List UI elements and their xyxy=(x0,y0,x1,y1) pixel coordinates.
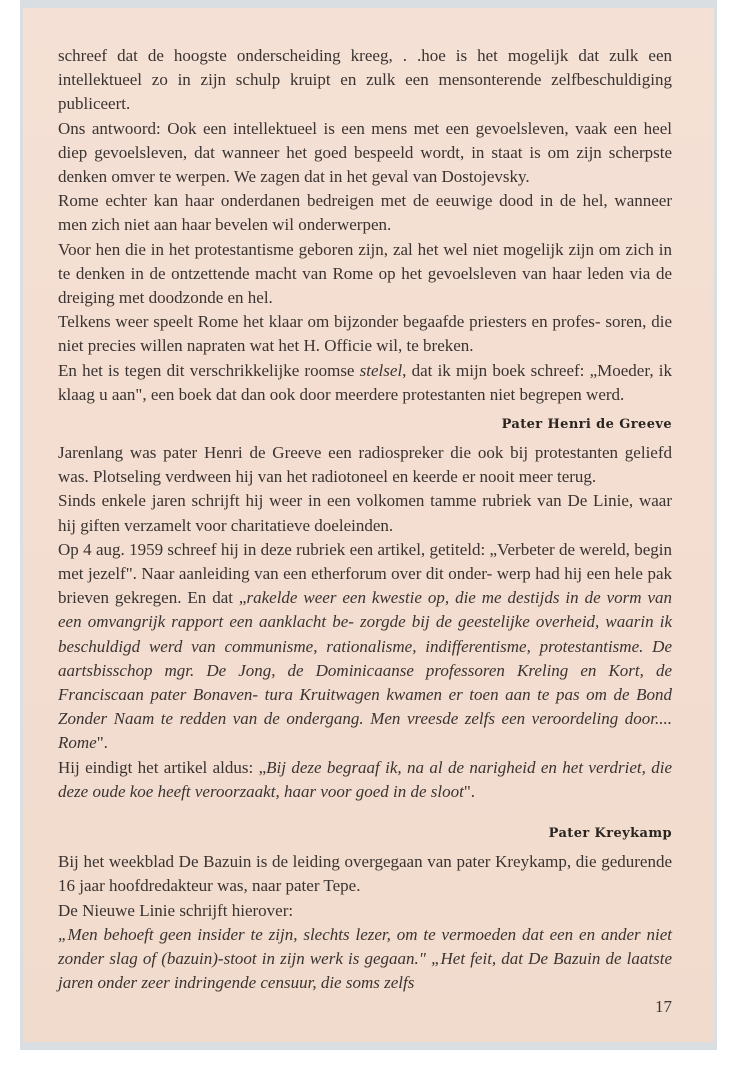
text-segment: Rome echter kan haar onderdanen bedreige… xyxy=(58,191,672,234)
paragraph: Voor hen die in het protestantisme gebor… xyxy=(58,238,672,311)
text-segment: ". xyxy=(464,782,475,801)
italic-text: rakelde weer een kwestie op, die me dest… xyxy=(58,588,672,752)
section-heading: Pater Kreykamp xyxy=(58,824,672,844)
paragraph: Jarenlang was pater Henri de Greeve een … xyxy=(58,441,672,489)
text-segment: ". xyxy=(97,733,108,752)
paragraph: „Men behoeft geen insider te zijn, slech… xyxy=(58,923,672,996)
paragraph: De Nieuwe Linie schrijft hierover: xyxy=(58,899,672,923)
paragraph: schreef dat de hoogste onderscheiding kr… xyxy=(58,44,672,117)
paragraph: Ons antwoord: Ook een intellektueel is e… xyxy=(58,117,672,190)
paragraph: En het is tegen dit verschrikkelijke roo… xyxy=(58,359,672,407)
page-number: 17 xyxy=(58,996,672,1018)
paragraph: Sinds enkele jaren schrijft hij weer in … xyxy=(58,489,672,537)
text-segment: Jarenlang was pater Henri de Greeve een … xyxy=(58,443,672,486)
section-heading: Pater Henri de Greeve xyxy=(58,415,672,435)
text-segment: Telkens weer speelt Rome het klaar om bi… xyxy=(58,312,672,355)
text-segment: Voor hen die in het protestantisme gebor… xyxy=(58,240,672,307)
text-segment: Ons antwoord: Ook een intellektueel is e… xyxy=(58,119,672,186)
text-segment: De Nieuwe Linie schrijft hierover: xyxy=(58,901,293,920)
text-segment: Sinds enkele jaren schrijft hij weer in … xyxy=(58,491,672,534)
text-segment: En het is tegen dit verschrikkelijke roo… xyxy=(58,361,360,380)
paragraph: Op 4 aug. 1959 schreef hij in deze rubri… xyxy=(58,538,672,756)
text-blocks: schreef dat de hoogste onderscheiding kr… xyxy=(58,44,672,995)
text-segment: Bij het weekblad De Bazuin is de leiding… xyxy=(58,852,672,895)
paragraph: Hij eindigt het artikel aldus: „Bij deze… xyxy=(58,756,672,804)
italic-text: „Men behoeft geen insider te zijn, slech… xyxy=(58,925,672,992)
text-segment: Hij eindigt het artikel aldus: „ xyxy=(58,758,266,777)
paragraph: Bij het weekblad De Bazuin is de leiding… xyxy=(58,850,672,898)
italic-text: stelsel xyxy=(360,361,403,380)
text-segment: schreef dat de hoogste onderscheiding kr… xyxy=(58,46,672,113)
paragraph: Telkens weer speelt Rome het klaar om bi… xyxy=(58,310,672,358)
paragraph: Rome echter kan haar onderdanen bedreige… xyxy=(58,189,672,237)
page-content: schreef dat de hoogste onderscheiding kr… xyxy=(58,44,672,1018)
